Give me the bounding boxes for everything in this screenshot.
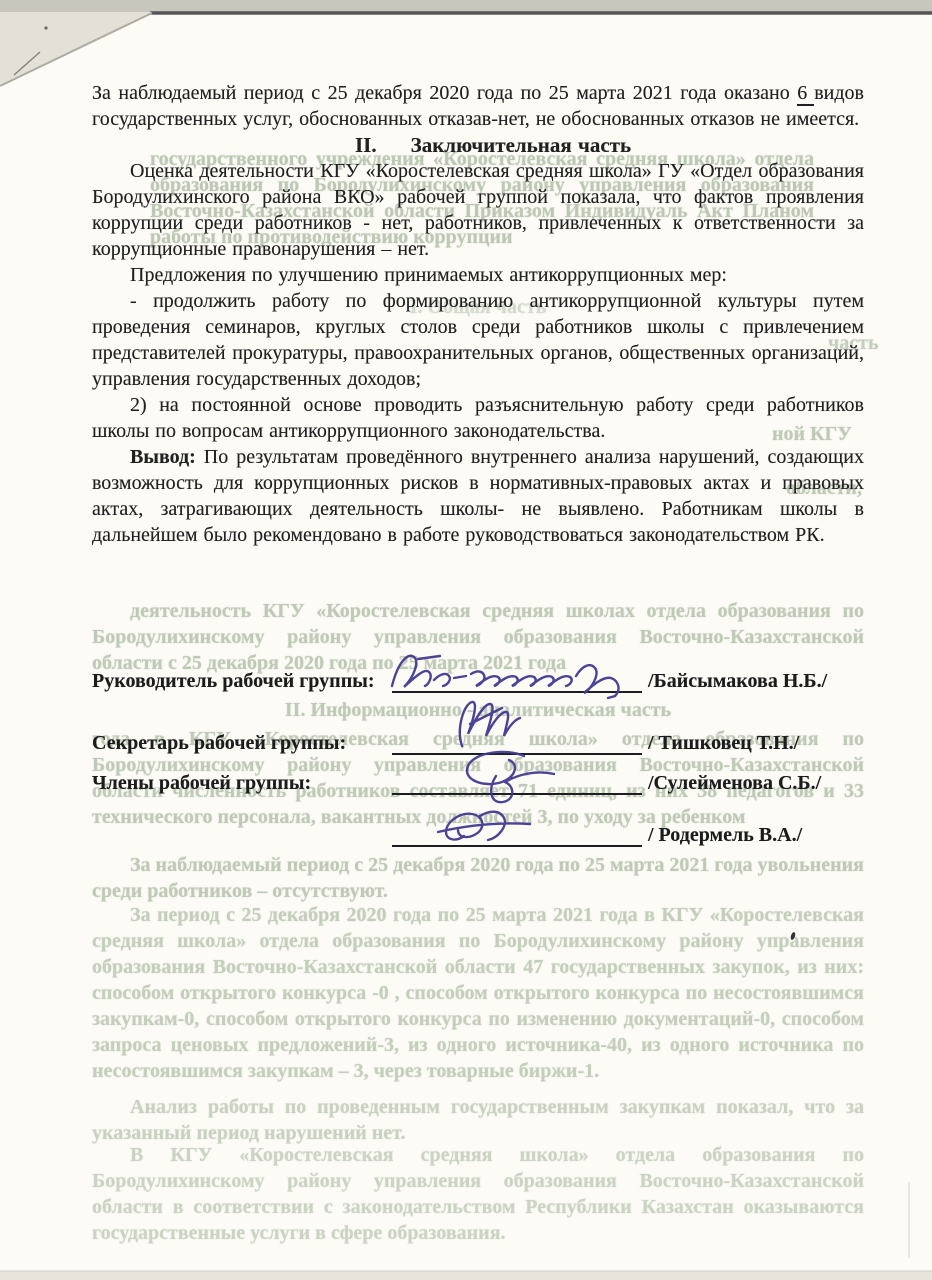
- signature-ink-baisymakova-icon: [388, 646, 638, 700]
- signature-row-leader: Руководитель рабочей группы: /Байсымаков…: [92, 664, 827, 693]
- signature-line: [392, 664, 642, 693]
- signature-block: Руководитель рабочей группы: /Байсымаков…: [0, 0, 932, 1280]
- signature-line: [392, 766, 642, 795]
- scanned-document-page: государственного учреждения «Коростелевс…: [0, 0, 932, 1280]
- signature-row-member-2: / Родермель В.А./: [92, 818, 802, 847]
- signature-label: Члены рабочей группы:: [92, 772, 392, 795]
- signature-ink-rodermel-icon: [434, 802, 544, 852]
- signature-name: / Тишковец Т.Н./: [648, 732, 799, 755]
- signature-row-member-1: Члены рабочей группы: /Сулейменова С.Б./: [92, 766, 821, 795]
- signature-label: Секретарь рабочей группы:: [92, 732, 392, 755]
- signature-name: / Родермель В.А./: [648, 824, 802, 847]
- signature-line: [392, 818, 642, 847]
- signature-name: /Байсымакова Н.Б./: [648, 670, 827, 693]
- signature-label: Руководитель рабочей группы:: [92, 670, 392, 693]
- signature-name: /Сулейменова С.Б./: [648, 772, 821, 795]
- signature-ink-suleimenova-icon: [444, 746, 564, 810]
